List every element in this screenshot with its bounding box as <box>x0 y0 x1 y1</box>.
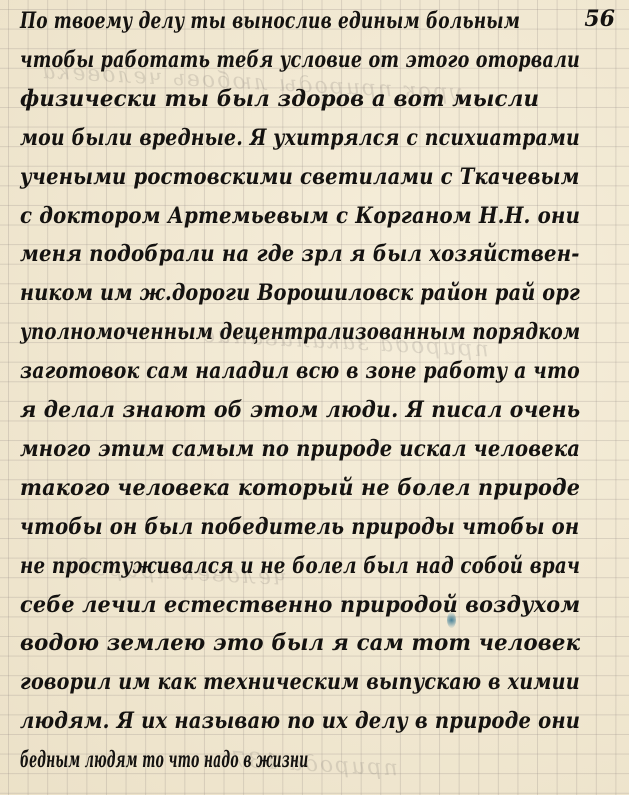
handwritten-line: По твоему делу ты вынослив единым больны… <box>20 4 468 38</box>
handwritten-line: физически ты был здоров а вот мысли <box>20 82 580 116</box>
handwritten-line: заготовок сам наладил всю в зоне работу … <box>20 354 517 388</box>
handwritten-line: мои были вредные. Я ухитрялся с психиатр… <box>20 121 517 155</box>
handwritten-line: много этим самым по природе искал челове… <box>20 432 535 466</box>
handwritten-line: учеными ростовскими светилами с Ткачевым <box>20 160 535 194</box>
handwritten-line: такого человека который не болел природе <box>20 471 567 505</box>
handwritten-line: уполномоченным децентрализованным порядк… <box>20 315 498 349</box>
handwritten-line: людям. Я их называю по их делу в природе… <box>20 704 535 738</box>
handwritten-line: чтобы работать тебя условие от этого ото… <box>20 43 483 77</box>
handwritten-line: ником им ж.дороги Ворошиловск район рай … <box>20 276 527 310</box>
handwritten-line: бедным людям то что надо в жизни <box>20 743 350 777</box>
handwritten-line: себе лечил естественно природой воздухом <box>20 588 566 622</box>
handwritten-line: говорил им как техническим выпускаю в хи… <box>20 665 524 699</box>
handwritten-line: я делал знают об этом люди. Я писал очен… <box>20 393 558 427</box>
handwritten-line: чтобы он был победитель природы чтобы он <box>20 510 535 544</box>
handwritten-line: меня подобрали на где зрл я был хозяйств… <box>20 237 539 271</box>
handwritten-line: водою землею это был я сам тот человек <box>20 626 578 660</box>
handwritten-line: с доктором Артемьевым с Корганом Н.Н. он… <box>20 199 539 233</box>
notebook-page: урок природы любовь человека природа зак… <box>0 0 629 795</box>
page-number: 56 <box>584 6 615 32</box>
handwritten-line: не простуживался и не болел был над собо… <box>20 549 501 583</box>
